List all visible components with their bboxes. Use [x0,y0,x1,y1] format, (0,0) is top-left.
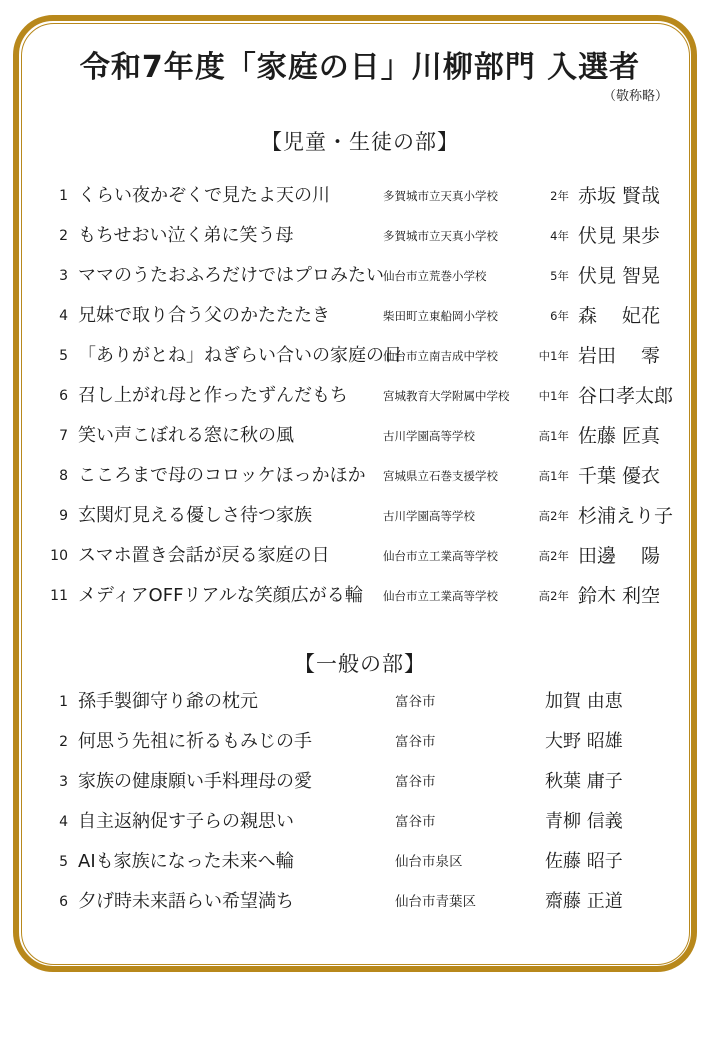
entry-city: 富谷市 [395,722,436,762]
entry-school: 宮城県立石巻支援学校 [383,456,498,496]
section-heading-general: 【一般の部】 [0,648,720,678]
entry-grade: 2年 [531,176,569,216]
entry-poem: 何思う先祖に祈るもみじの手 [78,722,312,762]
student-entry-row-11: 11 メディアOFFリアルな笑顔広がる輪 仙台市立工業高等学校 高2年 鈴木 利… [0,576,720,616]
entry-poem: 召し上がれ母と作ったずんだもち [78,376,348,416]
student-entry-row-5: 5 「ありがとね」ねぎらい合いの家庭の日 仙台市立南吉成中学校 中1年 岩田 零 [0,336,720,376]
entry-grade: 5年 [531,256,569,296]
entry-school: 仙台市立工業高等学校 [383,576,498,616]
entry-grade: 高1年 [531,416,569,456]
entry-school: 柴田町立東船岡小学校 [383,296,498,336]
entry-name: 伏見 智晃 [578,256,660,296]
entry-poem: ママのうたおふろだけではプロみたい [78,256,384,296]
entry-school: 仙台市立南吉成中学校 [383,336,498,376]
entry-poem: もちせおい泣く弟に笑う母 [78,216,293,256]
entry-number: 4 [40,802,68,842]
entry-name: 加賀 由恵 [545,682,623,722]
general-entry-list: 1 孫手製御守り爺の枕元 富谷市 加賀 由恵 2 何思う先祖に祈るもみじの手 富… [0,682,720,922]
entry-school: 多賀城市立天真小学校 [383,176,498,216]
entry-city: 富谷市 [395,762,436,802]
entry-poem: 玄関灯見える優しさ待つ家族 [78,496,312,536]
entry-school: 宮城教育大学附属中学校 [383,376,510,416]
entry-grade: 4年 [531,216,569,256]
entry-name: 千葉 優衣 [578,456,660,496]
entry-name: 大野 昭雄 [545,722,623,762]
entry-poem: AIも家族になった未来へ輪 [78,842,294,882]
student-entry-row-6: 6 召し上がれ母と作ったずんだもち 宮城教育大学附属中学校 中1年 谷口孝太郎 [0,376,720,416]
entry-name: 齋藤 正道 [545,882,623,922]
honorifics-note: （敬称略） [603,85,668,104]
entry-city: 仙台市青葉区 [395,882,476,922]
student-entry-row-4: 4 兄妹で取り合う父のかたたたき 柴田町立東船岡小学校 6年 森 妃花 [0,296,720,336]
entry-name: 鈴木 利空 [578,576,660,616]
student-entry-row-8: 8 こころまで母のコロッケほっかほか 宮城県立石巻支援学校 高1年 千葉 優衣 [0,456,720,496]
entry-name: 佐藤 匠真 [578,416,660,456]
general-entry-row-4: 4 自主返納促す子らの親思い 富谷市 青柳 信義 [0,802,720,842]
page-title: 令和7年度「家庭の日」川柳部門 入選者 [0,42,720,86]
entry-poem: くらい夜かぞくで見たよ天の川 [78,176,330,216]
entry-number: 6 [40,882,68,922]
student-entry-row-2: 2 もちせおい泣く弟に笑う母 多賀城市立天真小学校 4年 伏見 果歩 [0,216,720,256]
general-entry-row-3: 3 家族の健康願い手料理母の愛 富谷市 秋葉 庸子 [0,762,720,802]
entry-poem: こころまで母のコロッケほっかほか [78,456,366,496]
entry-grade: 中1年 [531,376,569,416]
entry-name: 岩田 零 [578,336,660,376]
entry-name: 谷口孝太郎 [578,376,673,416]
entry-school: 古川学園高等学校 [383,416,475,456]
entry-poem: 夕げ時未来語らい希望満ち [78,882,294,922]
student-entry-row-7: 7 笑い声こぼれる窓に秋の風 古川学園高等学校 高1年 佐藤 匠真 [0,416,720,456]
students-entry-list: 1 くらい夜かぞくで見たよ天の川 多賀城市立天真小学校 2年 赤坂 賢哉 2 も… [0,176,720,616]
entry-name: 杉浦えり子 [578,496,673,536]
entry-number: 1 [40,682,68,722]
entry-poem: 家族の健康願い手料理母の愛 [78,762,312,802]
entry-name: 佐藤 昭子 [545,842,623,882]
entry-school: 多賀城市立天真小学校 [383,216,498,256]
entry-number: 1 [40,176,68,216]
entry-number: 3 [40,762,68,802]
general-entry-row-5: 5 AIも家族になった未来へ輪 仙台市泉区 佐藤 昭子 [0,842,720,882]
entry-school: 仙台市立工業高等学校 [383,536,498,576]
entry-school: 仙台市立荒巻小学校 [383,256,487,296]
student-entry-row-9: 9 玄関灯見える優しさ待つ家族 古川学園高等学校 高2年 杉浦えり子 [0,496,720,536]
entry-number: 5 [40,842,68,882]
entry-name: 森 妃花 [578,296,660,336]
entry-poem: 「ありがとね」ねぎらい合いの家庭の日 [78,336,402,376]
entry-name: 伏見 果歩 [578,216,660,256]
entry-grade: 高2年 [531,576,569,616]
entry-grade: 中1年 [531,336,569,376]
entry-city: 仙台市泉区 [395,842,463,882]
entry-number: 2 [40,216,68,256]
entry-number: 6 [40,376,68,416]
student-entry-row-3: 3 ママのうたおふろだけではプロみたい 仙台市立荒巻小学校 5年 伏見 智晃 [0,256,720,296]
entry-grade: 高2年 [531,536,569,576]
entry-number: 11 [40,576,68,616]
entry-number: 8 [40,456,68,496]
entry-poem: 自主返納促す子らの親思い [78,802,294,842]
section-heading-students: 【児童・生徒の部】 [0,126,720,156]
entry-number: 7 [40,416,68,456]
entry-grade: 6年 [531,296,569,336]
entry-name: 青柳 信義 [545,802,623,842]
general-entry-row-6: 6 夕げ時未来語らい希望満ち 仙台市青葉区 齋藤 正道 [0,882,720,922]
entry-poem: 孫手製御守り爺の枕元 [78,682,258,722]
entry-poem: メディアOFFリアルな笑顔広がる輪 [78,576,363,616]
entry-grade: 高2年 [531,496,569,536]
entry-grade: 高1年 [531,456,569,496]
entry-name: 赤坂 賢哉 [578,176,660,216]
general-entry-row-2: 2 何思う先祖に祈るもみじの手 富谷市 大野 昭雄 [0,722,720,762]
general-entry-row-1: 1 孫手製御守り爺の枕元 富谷市 加賀 由恵 [0,682,720,722]
entry-number: 9 [40,496,68,536]
entry-name: 秋葉 庸子 [545,762,623,802]
student-entry-row-10: 10 スマホ置き会話が戻る家庭の日 仙台市立工業高等学校 高2年 田邊 陽 [0,536,720,576]
entry-name: 田邊 陽 [578,536,660,576]
entry-number: 3 [40,256,68,296]
entry-number: 2 [40,722,68,762]
entry-city: 富谷市 [395,802,436,842]
entry-number: 10 [40,536,68,576]
entry-poem: 笑い声こぼれる窓に秋の風 [78,416,294,456]
entry-school: 古川学園高等学校 [383,496,475,536]
entry-poem: スマホ置き会話が戻る家庭の日 [78,536,330,576]
student-entry-row-1: 1 くらい夜かぞくで見たよ天の川 多賀城市立天真小学校 2年 赤坂 賢哉 [0,176,720,216]
entry-number: 5 [40,336,68,376]
entry-number: 4 [40,296,68,336]
entry-poem: 兄妹で取り合う父のかたたたき [78,296,330,336]
entry-city: 富谷市 [395,682,436,722]
